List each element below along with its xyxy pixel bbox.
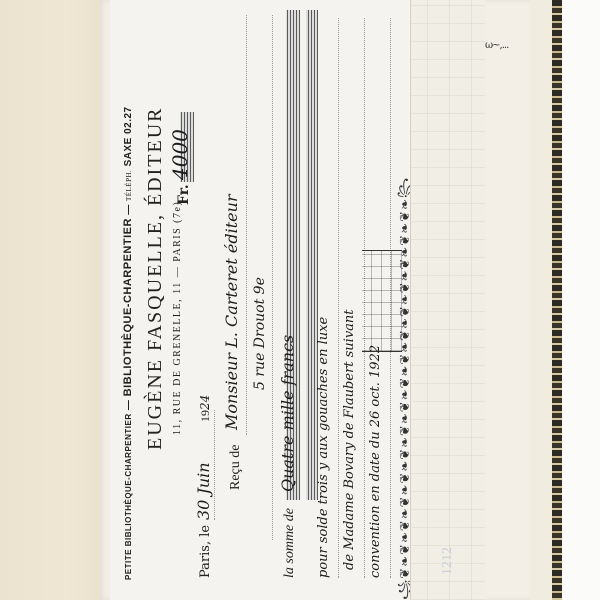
purpose-line-1: pour solde trois y aux gouaches en luxe xyxy=(316,317,331,578)
background xyxy=(562,0,600,600)
telephone-label: TÉLÉPH. xyxy=(125,170,133,201)
year-prefix: 19 xyxy=(198,410,212,422)
date-handwritten: 30 Juin xyxy=(194,462,213,520)
header-bibliotheque-charpentier: BIBLIOTHÈQUE-CHARPENTIER xyxy=(122,218,134,396)
receipt-header-line: PETITE BIBLIOTHÈQUE-CHARPENTIER — BIBLIO… xyxy=(122,106,134,580)
header-separator: — xyxy=(123,400,134,411)
received-label: Reçu de xyxy=(228,445,244,490)
publisher-name: EUGÈNE FASQUELLE, ÉDITEUR xyxy=(144,107,167,450)
book-left-page xyxy=(0,0,112,600)
address-dotted-line xyxy=(272,15,273,540)
sum-handwritten: Quatre mille francs xyxy=(278,335,297,492)
purpose-dotted-line-1 xyxy=(338,18,339,578)
received-dotted-line xyxy=(246,15,247,435)
header-separator: — xyxy=(123,204,134,215)
ornamental-border: ꧁❦❧❦❧❦❧❦❧❦❧❦❧❦❧❦❧❦❧❦❧❦❧❦❧❦❧❦❧❦❧❦❧꧂ xyxy=(394,0,410,600)
sum-label: la somme de xyxy=(282,508,298,578)
amount-label: Fr. xyxy=(176,184,192,205)
purpose-line-3: convention en date du 26 oct. 1922 xyxy=(368,345,383,578)
header-petite-bibliotheque: PETITE BIBLIOTHÈQUE-CHARPENTIER xyxy=(124,413,133,580)
amount-handwritten: 4000 xyxy=(168,129,192,180)
address-handwritten: 5 rue Drouot 9e xyxy=(252,277,268,390)
year-handwritten: 1924 xyxy=(198,395,213,422)
underlying-sheet-handwritten-mark: ω~,... xyxy=(485,40,508,51)
received-from-handwritten: Monsieur L. Carteret éditeur xyxy=(222,194,241,430)
date-dotted-line xyxy=(214,410,215,520)
city-date-label: Paris, le xyxy=(198,525,213,578)
book-scene: ω~,... 1212 PETITE BIBLIOTHÈQUE-CHARPENT… xyxy=(0,0,600,600)
page-edge xyxy=(530,0,552,600)
purpose-line-2: de Madame Bovary de Flaubert suivant xyxy=(342,309,357,570)
publisher-address: 11, RUE DE GRENELLE, 11 — PARIS (7e) xyxy=(172,201,183,435)
faded-stamp: 1212 xyxy=(440,505,458,575)
telephone-number: SAXE 02.27 xyxy=(123,106,134,166)
receipt-content-rotated: PETITE BIBLIOTHÈQUE-CHARPENTIER — BIBLIO… xyxy=(110,0,410,600)
ornamental-binding-edge xyxy=(552,0,562,600)
year-suffix: 24 xyxy=(198,395,212,410)
